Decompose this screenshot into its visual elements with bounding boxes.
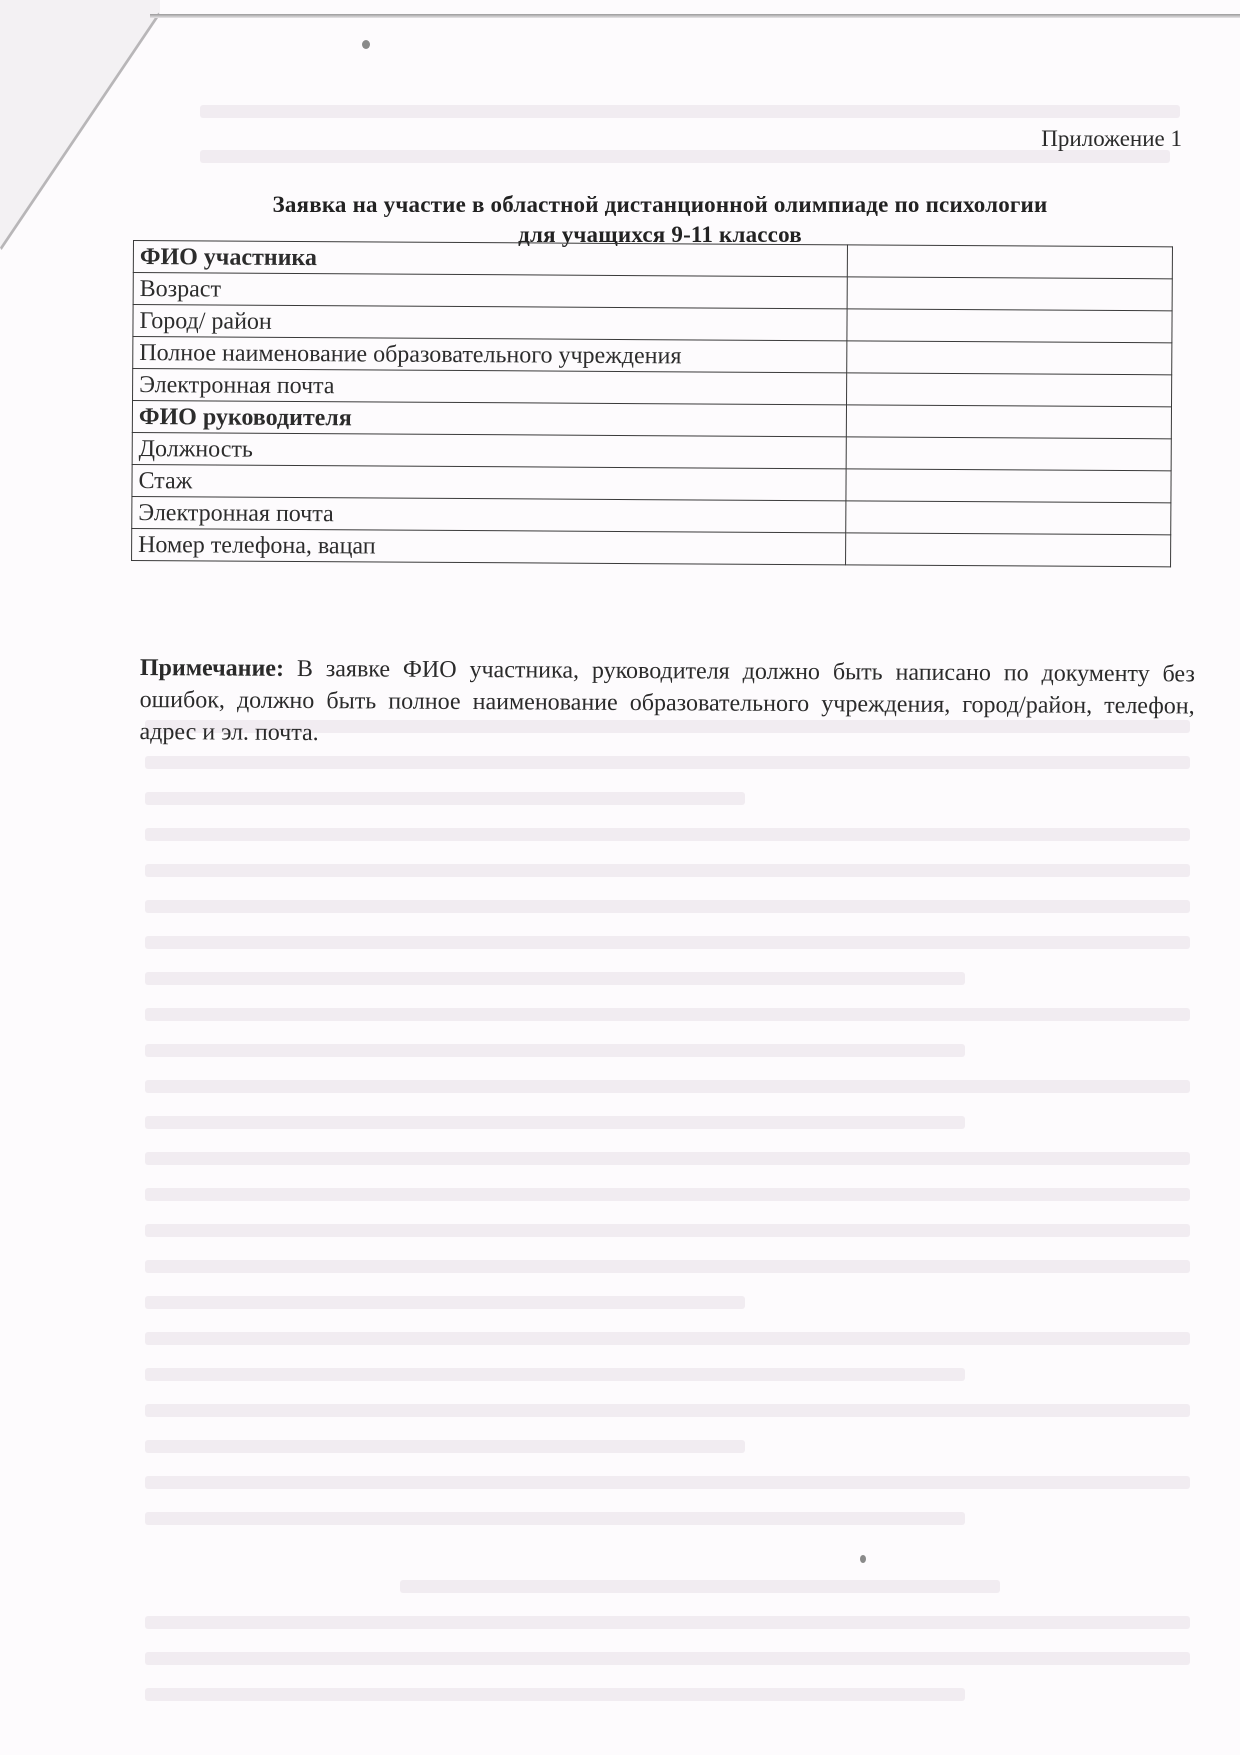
page-top-edge <box>150 14 1240 18</box>
form-row-value-field[interactable] <box>847 245 1173 279</box>
form-row-value-field[interactable] <box>847 277 1173 311</box>
title-line-1: Заявка на участие в областной дистанцион… <box>140 190 1180 220</box>
form-row-label: Город/ район <box>133 305 847 341</box>
form-row-value-field[interactable] <box>846 341 1172 375</box>
form-row-value-field[interactable] <box>847 309 1173 343</box>
form-row-label: ФИО руководителя <box>132 401 846 437</box>
scan-speck <box>362 40 370 49</box>
note-label: Примечание: <box>140 655 284 682</box>
form-row-label: ФИО участника <box>133 241 847 277</box>
note-paragraph: Примечание: В заявке ФИО участника, руко… <box>139 652 1195 754</box>
form-row-value-field[interactable] <box>845 533 1171 567</box>
form-row-value-field[interactable] <box>846 373 1172 407</box>
form-row-label: Возраст <box>133 273 847 309</box>
form-row-label: Полное наименование образовательного учр… <box>133 337 847 373</box>
form-row-value-field[interactable] <box>846 469 1172 503</box>
form-row-label: Номер телефона, вацап <box>132 528 846 564</box>
form-row-value-field[interactable] <box>846 405 1172 439</box>
form-row-label: Электронная почта <box>132 496 846 532</box>
form-row-label: Электронная почта <box>133 369 847 405</box>
scan-speck <box>860 1555 866 1563</box>
form-row: Номер телефона, вацап <box>132 528 1171 566</box>
application-form-table: ФИО участникаВозрастГород/ районПолное н… <box>131 240 1173 567</box>
appendix-label: Приложение 1 <box>1041 126 1182 152</box>
note-text: В заявке ФИО участника, руководителя дол… <box>139 656 1195 746</box>
form-row-label: Должность <box>132 432 846 468</box>
form-row-label: Стаж <box>132 464 846 500</box>
form-row-value-field[interactable] <box>846 437 1172 471</box>
form-row-value-field[interactable] <box>845 501 1171 535</box>
